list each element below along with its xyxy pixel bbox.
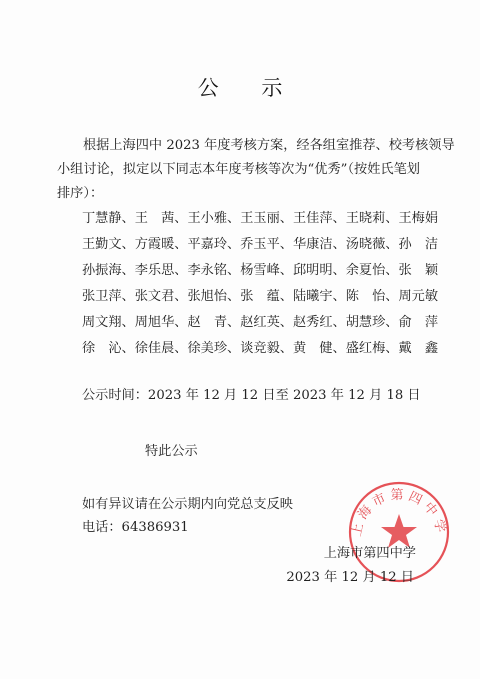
name: 平嘉玲、 [188,237,241,263]
name: 张文君、 [135,289,188,315]
name: 华康洁、 [293,237,346,263]
name: 赵红英、 [240,315,293,341]
title-char: 公 [198,72,219,102]
name: 丁慧静、 [82,211,135,237]
paragraph-line: 小组讨论，拟定以下同志本年度考核等次为“优秀”（按姓氏笔划 [57,162,420,178]
name: 赵秀红、 [293,315,346,341]
name: 汤晓薇、 [346,237,399,263]
name: 俞 萍 [399,315,439,341]
publicity-period: 公示时间：2023 年 12 月 12 日至 2023 年 12 月 18 日 [82,388,421,404]
name: 王梅娟 [399,211,439,237]
name: 孙 洁 [399,237,439,263]
name: 孙振海、 [82,263,135,289]
name: 张 颖 [399,263,439,289]
name: 王晓莉、 [346,211,399,237]
name: 方霞暖、 [135,237,188,263]
title-char: 示 [261,72,282,102]
name: 李永铭、 [188,263,241,289]
name: 乔玉平、 [240,237,293,263]
name: 戴 鑫 [399,341,439,367]
name: 徐美珍、 [188,341,241,367]
objection-note: 如有异议请在公示期内向党总支反映 [82,497,293,513]
document-title: 公 示 [0,72,480,102]
name: 盛红梅、 [346,341,399,367]
name: 周旭华、 [135,315,188,341]
name: 周元敏 [399,289,439,315]
phone-number: 电话：64386931 [82,520,189,536]
name: 黄 健、 [293,341,346,367]
name: 李乐思、 [135,263,188,289]
name: 王小雅、 [188,211,241,237]
signing-date: 2023 年 12 月 12 日 [286,570,414,586]
name-row: 孙振海、 李乐思、 李永铭、 杨雪峰、 邱明明、 余夏怡、 张 颖 [82,263,427,289]
name: 胡慧珍、 [346,315,399,341]
name: 邱明明、 [293,263,346,289]
name: 谈竞毅、 [240,341,293,367]
name: 张旭怡、 [188,289,241,315]
name: 王玉丽、 [240,211,293,237]
name: 陆曦宇、 [293,289,346,315]
name: 周文翔、 [82,315,135,341]
name-row: 丁慧静、 王 茜、 王小雅、 王玉丽、 王佳萍、 王晓莉、 王梅娟 [82,211,427,237]
name: 王勤文、 [82,237,135,263]
paragraph-line: 根据上海四中 2023 年度考核方案，经各组室推荐、校考核领导 [83,138,455,154]
notice-document: 公 示 根据上海四中 2023 年度考核方案，经各组室推荐、校考核领导 小组讨论… [0,0,480,679]
name: 赵 青、 [188,315,241,341]
name: 徐 沁、 [82,341,135,367]
name: 徐佳晨、 [135,341,188,367]
name-row: 徐 沁、 徐佳晨、 徐美珍、 谈竞毅、 黄 健、 盛红梅、 戴 鑫 [82,341,427,367]
name: 余夏怡、 [346,263,399,289]
signer-name: 上海市第四中学 [324,546,416,562]
name-row: 张卫萍、 张文君、 张旭怡、 张 蕴、 陆曦宇、 陈 怡、 周元敏 [82,289,427,315]
name: 杨雪峰、 [240,263,293,289]
paragraph-line: 排序）： [57,186,103,202]
closing-text: 特此公示 [145,444,198,460]
name-row: 周文翔、 周旭华、 赵 青、 赵红英、 赵秀红、 胡慧珍、 俞 萍 [82,315,427,341]
name: 陈 怡、 [346,289,399,315]
name: 张 蕴、 [240,289,293,315]
name-list: 丁慧静、 王 茜、 王小雅、 王玉丽、 王佳萍、 王晓莉、 王梅娟 王勤文、 方… [82,211,427,367]
name: 张卫萍、 [82,289,135,315]
name: 王 茜、 [135,211,188,237]
official-seal-icon: 上海市第四中学 [347,480,451,584]
name-row: 王勤文、 方霞暖、 平嘉玲、 乔玉平、 华康洁、 汤晓薇、 孙 洁 [82,237,427,263]
name: 王佳萍、 [293,211,346,237]
